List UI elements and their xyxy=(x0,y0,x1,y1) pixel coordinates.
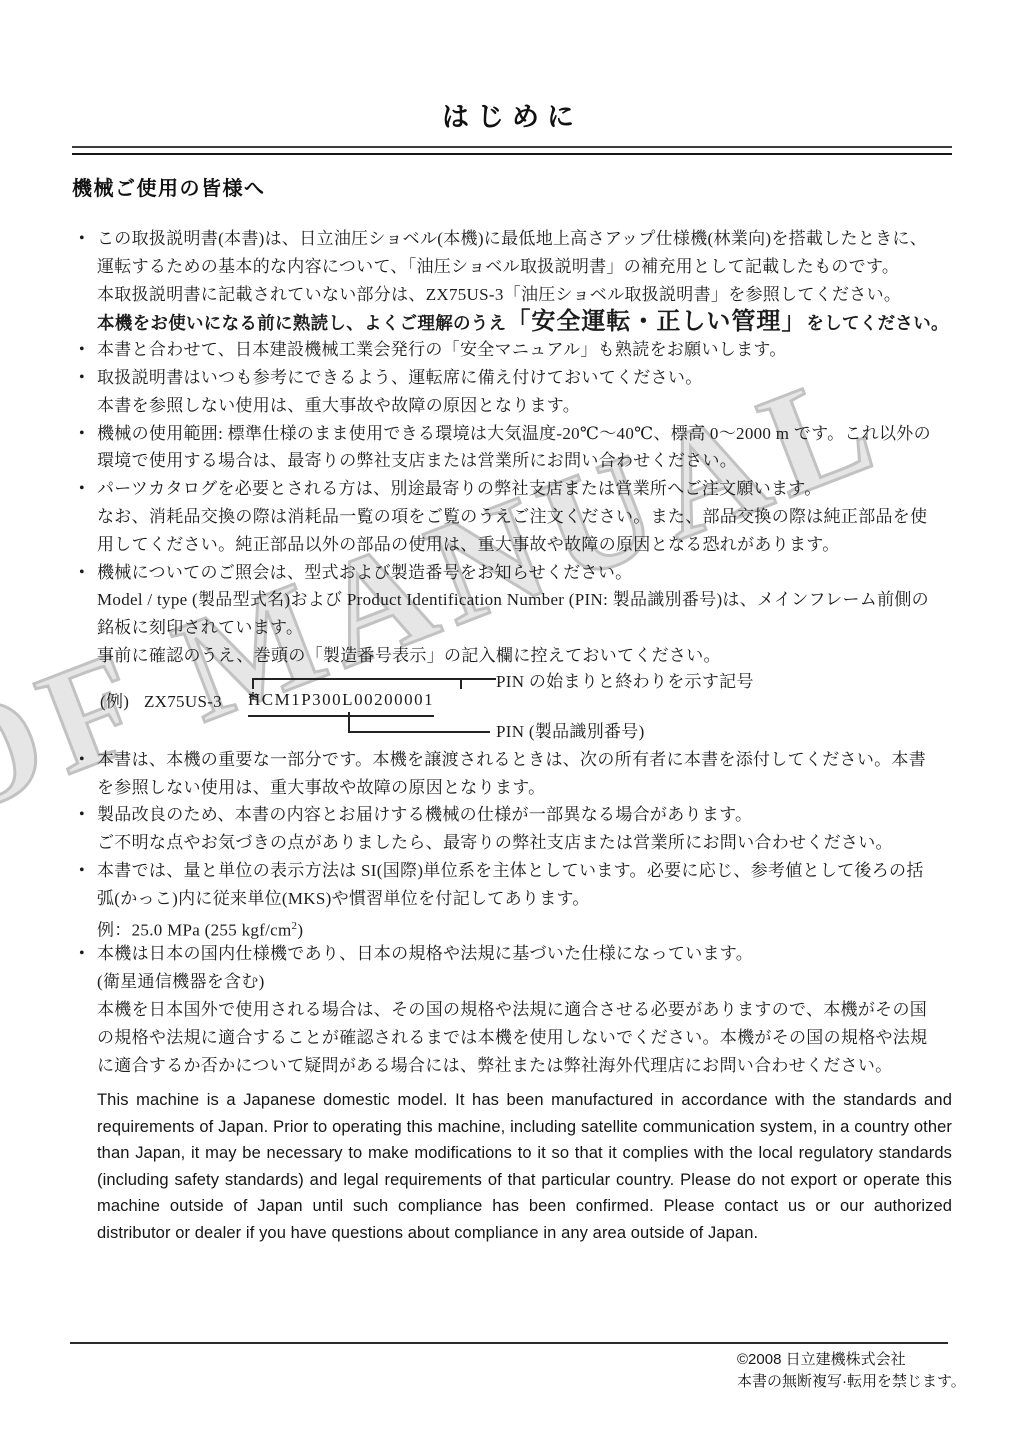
text-line: 本機は日本の国内仕様機であり、日本の規格や法規に基づいた仕様になっています。 xyxy=(97,940,952,968)
text-line: の規格や法規に適合することが確認されるまでは本機を使用しないでください。本機がそ… xyxy=(97,1024,952,1052)
paragraph-manual-purpose: • この取扱説明書(本書)は、日立油圧ショベル(本機)に最低地上高さアップ仕様機… xyxy=(72,225,952,336)
text-line: 機械の使用範囲: 標準仕様のまま使用できる環境は大気温度-20℃～40℃、標高 … xyxy=(97,420,952,448)
text-line: Model / type (製品型式名)および Product Identifi… xyxy=(97,586,952,614)
bullet-marker: • xyxy=(79,559,85,587)
pin-start-end-label: PIN の始まりと終わりを示す記号 xyxy=(496,668,754,696)
text-line: パーツカタログを必要とされる方は、別途最寄りの弊社支店または営業所へご注文願いま… xyxy=(97,475,952,503)
text-line: 用してください。純正部品以外の部品の使用は、重大事故や故障の原因となる恐れがあり… xyxy=(97,531,952,559)
pin-bracket-connector xyxy=(458,678,496,680)
paragraph-parts-catalog: • パーツカタログを必要とされる方は、別途最寄りの弊社支店または営業所へご注文願… xyxy=(72,475,952,558)
text-line: 運転するための基本的な内容について、「油圧ショベル取扱説明書」の補充用として記載… xyxy=(97,253,952,281)
text-line: 本書は、本機の重要な一部分です。本機を譲渡されるときは、次の所有者に本書を添付し… xyxy=(97,746,952,774)
text-line: 本機を日本国外で使用される場合は、その国の規格や法規に適合させる必要がありますの… xyxy=(97,996,952,1024)
text-line: 本書を参照しない使用は、重大事故や故障の原因となります。 xyxy=(97,392,952,420)
text-line: 事前に確認のうえ、巻頭の「製造番号表示」の記入欄に控えておいてください。 xyxy=(97,642,952,670)
paragraph-operating-range: • 機械の使用範囲: 標準仕様のまま使用できる環境は大気温度-20℃～40℃、標… xyxy=(72,420,952,476)
pin-underline-connector xyxy=(348,712,490,733)
unit-example-post: ) xyxy=(297,920,303,939)
text-line: に適合するか否かについて疑問がある場合には、弊社または弊社海外代理店にお問い合わ… xyxy=(97,1052,952,1080)
footer-notice: 本書の無断複写·転用を禁じます。 xyxy=(737,1371,966,1393)
safety-emphasis-line: 本機をお使いになる前に熟読し、よくご理解のうえ「安全運転・正しい管理」をしてくだ… xyxy=(97,308,952,336)
paragraph-product-improvement: • 製品改良のため、本書の内容とお届けする機械の仕様が一部異なる場合があります。… xyxy=(72,801,952,857)
body-text: • この取扱説明書(本書)は、日立油圧ショベル(本機)に最低地上高さアップ仕様機… xyxy=(72,225,952,1246)
english-export-notice: This machine is a Japanese domestic mode… xyxy=(72,1087,952,1246)
paragraph-domestic-model: • 本機は日本の国内仕様機であり、日本の規格や法規に基づいた仕様になっています。… xyxy=(72,940,952,1079)
safety-pre-text: 本機をお使いになる前に熟読し、よくご理解のうえ xyxy=(97,313,506,333)
paragraph-keep-in-cab: • 取扱説明書はいつも参考にできるよう、運転席に備え付けておいてください。 本書… xyxy=(72,364,952,420)
paragraph-safety-manual: • 本書と合わせて、日本建設機械工業会発行の「安全マニュアル」も熟読をお願いしま… xyxy=(72,336,952,364)
safety-post-text: をしてください。 xyxy=(806,313,948,333)
bullet-marker: • xyxy=(79,940,85,968)
bullet-marker: • xyxy=(79,857,85,885)
text-line: (衛星通信機器を含む) xyxy=(97,968,952,996)
bullet-marker: • xyxy=(79,225,85,253)
text-line: 取扱説明書はいつも参考にできるよう、運転席に備え付けておいてください。 xyxy=(97,364,952,392)
text-line: 弧(かっこ)内に従来単位(MKS)や慣習単位を付記してあります。 xyxy=(97,885,952,913)
bullet-marker: • xyxy=(79,475,85,503)
paragraph-si-units: • 本書では、量と単位の表示方法は SI(国際)単位系を主体としています。必要に… xyxy=(72,857,952,940)
bullet-marker: • xyxy=(79,364,85,392)
text-line: 製品改良のため、本書の内容とお届けする機械の仕様が一部異なる場合があります。 xyxy=(97,801,952,829)
pin-model-code: ZX75US-3 xyxy=(144,688,222,716)
text-line: 本書では、量と単位の表示方法は SI(国際)単位系を主体としています。必要に応じ… xyxy=(97,857,952,885)
text-line: 環境で使用する場合は、最寄りの弊社支店または営業所にお問い合わせください。 xyxy=(97,447,952,475)
pin-diagram: PIN の始まりと終わりを示す記号 (例) ZX75US-3 *HCM1P300… xyxy=(72,672,952,746)
text-line: 機械についてのご照会は、型式および製造番号をお知らせください。 xyxy=(97,559,952,587)
bullet-marker: • xyxy=(79,801,85,829)
text-line: この取扱説明書(本書)は、日立油圧ショベル(本機)に最低地上高さアップ仕様機(林… xyxy=(97,225,952,253)
safety-big-text: 「安全運転・正しい管理」 xyxy=(506,308,806,335)
title-divider-rule xyxy=(72,146,952,155)
unit-example-pre: 例：25.0 MPa (255 kgf/cm xyxy=(97,920,292,939)
text-line: ご不明な点やお気づきの点がありましたら、最寄りの弊社支店または営業所にお問い合わ… xyxy=(97,829,952,857)
paragraph-transfer-manual: • 本書は、本機の重要な一部分です。本機を譲渡されるときは、次の所有者に本書を添… xyxy=(72,746,952,802)
page-title: はじめに xyxy=(72,102,952,132)
page-content: はじめに 機械ご使用の皆様へ • この取扱説明書(本書)は、日立油圧ショベル(本… xyxy=(72,0,952,1246)
text-line: 銘板に刻印されています。 xyxy=(97,614,952,642)
text-line: なお、消耗品交換の際は消耗品一覧の項をご覧のうえご注文ください。また、部品交換の… xyxy=(97,503,952,531)
footer-copyright: ©2008 日立建機株式会社 xyxy=(737,1349,966,1371)
text-line: 本書と合わせて、日本建設機械工業会発行の「安全マニュアル」も熟読をお願いします。 xyxy=(97,336,952,364)
section-heading: 機械ご使用の皆様へ xyxy=(72,177,952,201)
bullet-marker: • xyxy=(79,420,85,448)
bullet-marker: • xyxy=(79,746,85,774)
pin-number-label: PIN (製品識別番号) xyxy=(496,718,645,746)
pin-example-label: (例) xyxy=(100,688,129,716)
text-line: を参照しない使用は、重大事故や故障の原因となります。 xyxy=(97,774,952,802)
pin-star-right: * xyxy=(248,686,258,714)
manual-page: OF MANUAL はじめに 機械ご使用の皆様へ • この取扱説明書(本書)は、… xyxy=(0,0,1024,1447)
bullet-marker: • xyxy=(79,336,85,364)
footer: ©2008 日立建機株式会社 本書の無断複写·転用を禁じます。 xyxy=(737,1349,966,1392)
footer-divider-rule xyxy=(70,1342,948,1344)
text-line: 本取扱説明書に記載されていない部分は、ZX75US-3「油圧ショベル取扱説明書」… xyxy=(97,281,952,309)
paragraph-inquiry-model-serial: • 機械についてのご照会は、型式および製造番号をお知らせください。 Model … xyxy=(72,559,952,670)
unit-example-line: 例：25.0 MPa (255 kgf/cm2) xyxy=(97,913,952,941)
